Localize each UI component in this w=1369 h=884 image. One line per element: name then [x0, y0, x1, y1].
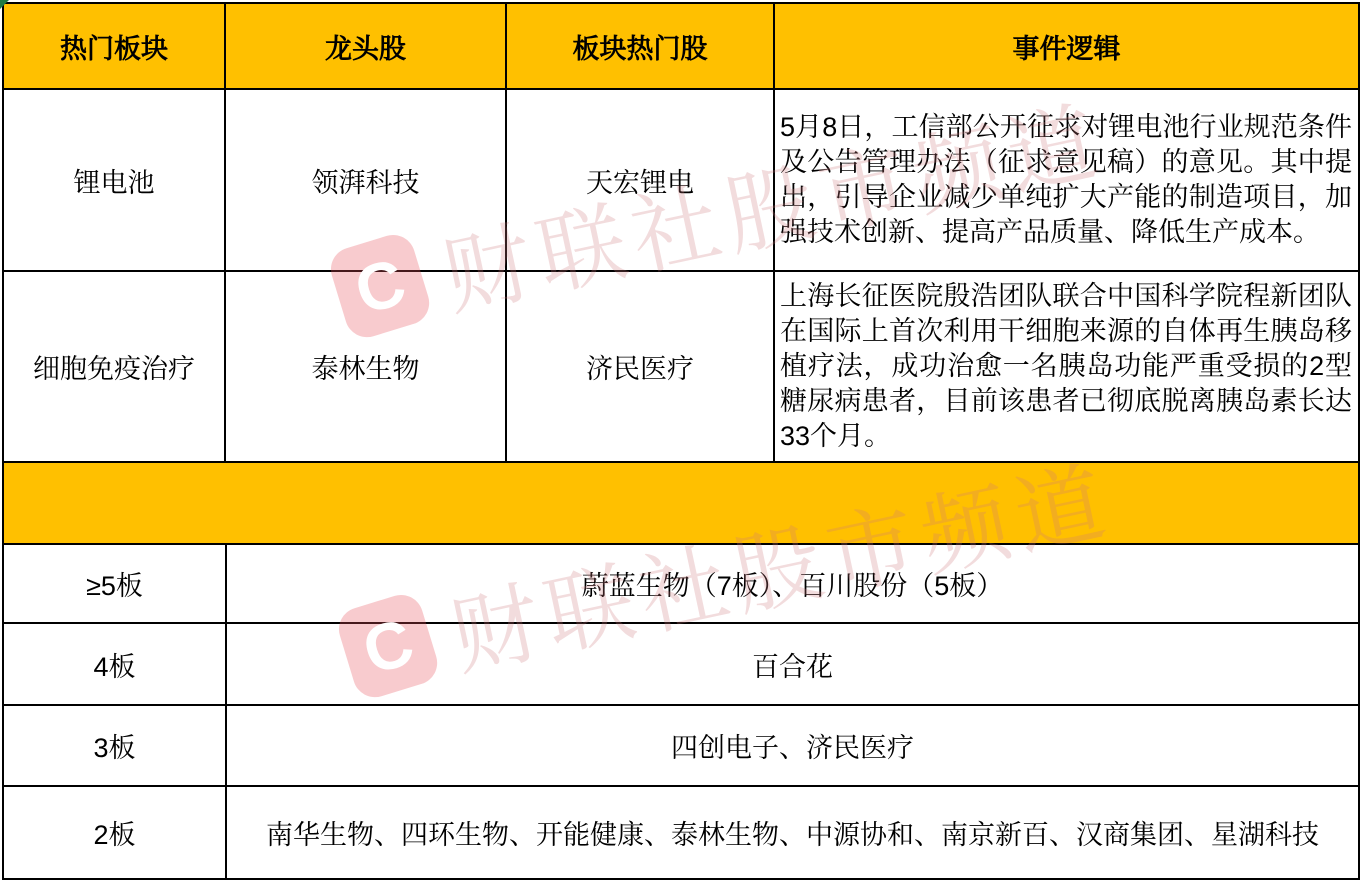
leading-stock-name: 领湃科技 — [224, 90, 505, 270]
table-row-cell-immunotherapy: 细胞免疫治疗 泰林生物 济民医疗 上海长征医院殷浩团队联合中国科学院程新团队在国… — [4, 270, 1358, 461]
orange-separator-band — [4, 461, 1358, 543]
leading-stock-name: 泰林生物 — [224, 272, 505, 461]
limit-up-stock-list: 四创电子、济民医疗 — [225, 706, 1358, 785]
hot-stock-name: 济民医疗 — [505, 272, 773, 461]
table-row-5-plus-boards: ≥5板 蔚蓝生物（7板）、百川股份（5板） — [4, 543, 1358, 622]
stock-sector-table: 热门板块 龙头股 板块热门股 事件逻辑 锂电池 领湃科技 天宏锂电 5月8日，工… — [2, 2, 1360, 880]
excel-error-corner-flag — [0, 0, 9, 9]
table-row-2-boards: 2板 南华生物、四环生物、开能健康、泰林生物、中源协和、南京新百、汉商集团、星湖… — [4, 785, 1358, 878]
limit-up-stock-list: 百合花 — [225, 624, 1358, 704]
hot-stock-name: 天宏锂电 — [505, 90, 773, 270]
limit-up-stock-list: 南华生物、四环生物、开能健康、泰林生物、中源协和、南京新百、汉商集团、星湖科技 — [225, 787, 1358, 878]
limit-up-tier-label: 2板 — [4, 787, 225, 878]
event-logic-text: 5月8日，工信部公开征求对锂电池行业规范条件及公告管理办法（征求意见稿）的意见。… — [775, 108, 1358, 252]
header-hot-sector: 热门板块 — [4, 4, 224, 88]
header-row: 热门板块 龙头股 板块热门股 事件逻辑 — [4, 4, 1358, 88]
header-event-logic: 事件逻辑 — [773, 4, 1358, 88]
event-logic-cell: 上海长征医院殷浩团队联合中国科学院程新团队在国际上首次利用干细胞来源的自体再生胰… — [773, 272, 1358, 461]
limit-up-stock-list: 蔚蓝生物（7板）、百川股份（5板） — [225, 545, 1358, 622]
sector-name: 锂电池 — [4, 90, 224, 270]
limit-up-tier-label: 3板 — [4, 706, 225, 785]
table-row-4-boards: 4板 百合花 — [4, 622, 1358, 704]
event-logic-text: 上海长征医院殷浩团队联合中国科学院程新团队在国际上首次利用干细胞来源的自体再生胰… — [775, 277, 1358, 456]
limit-up-tier-label: 4板 — [4, 624, 225, 704]
sector-name: 细胞免疫治疗 — [4, 272, 224, 461]
header-sector-hot-stock: 板块热门股 — [505, 4, 773, 88]
table-row-lithium-battery: 锂电池 领湃科技 天宏锂电 5月8日，工信部公开征求对锂电池行业规范条件及公告管… — [4, 88, 1358, 270]
table-row-3-boards: 3板 四创电子、济民医疗 — [4, 704, 1358, 785]
limit-up-tier-label: ≥5板 — [4, 545, 225, 622]
event-logic-cell: 5月8日，工信部公开征求对锂电池行业规范条件及公告管理办法（征求意见稿）的意见。… — [773, 90, 1358, 270]
header-leading-stock: 龙头股 — [224, 4, 505, 88]
